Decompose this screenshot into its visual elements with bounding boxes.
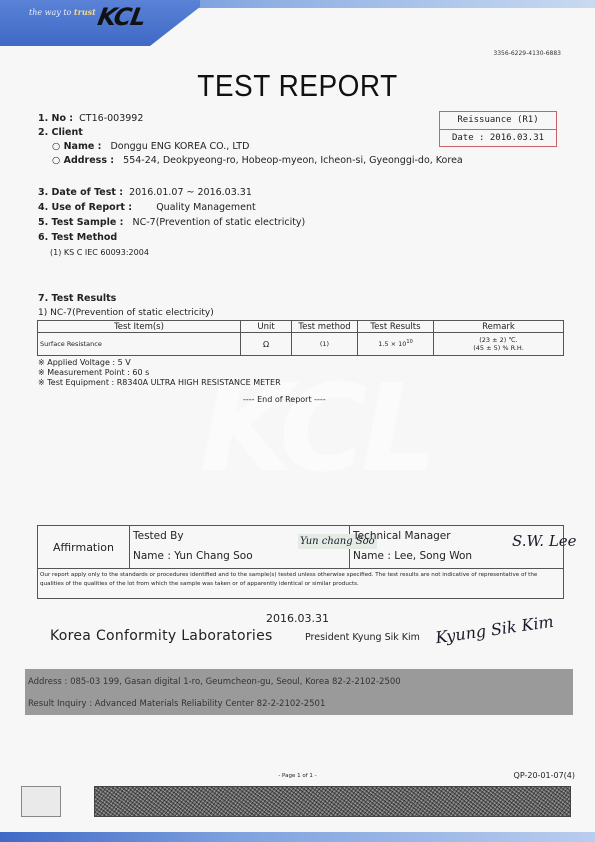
- reissue-date: Date : 2016.03.31: [440, 129, 556, 146]
- test-results-subtitle: 1) NC-7(Prevention of static electricity…: [38, 306, 214, 320]
- col-remark: Remark: [434, 321, 564, 333]
- col-test-method: Test method: [292, 321, 358, 333]
- results-table: Test Item(s) Unit Test method Test Resul…: [37, 320, 564, 356]
- manager-signature: S.W. Lee: [512, 532, 577, 550]
- form-code: QP-20-01-07(4): [514, 771, 575, 780]
- note-voltage: ※ Applied Voltage : 5 V: [38, 358, 281, 368]
- kcl-logo: KCL: [96, 3, 148, 31]
- tested-by-label: Tested By: [133, 530, 184, 542]
- security-pattern: [94, 786, 571, 817]
- note-measurement: ※ Measurement Point : 60 s: [38, 368, 281, 378]
- organization-name: Korea Conformity Laboratories: [50, 628, 273, 644]
- client-heading: 2. Client: [38, 126, 83, 140]
- cell-result: 1.5 × 1010: [358, 333, 434, 356]
- col-test-items: Test Item(s): [38, 321, 241, 333]
- use-of-report: 4. Use of Report : Quality Management: [38, 201, 256, 215]
- col-test-results: Test Results: [358, 321, 434, 333]
- technical-manager: Technical Manager Name : Lee, Song Won S…: [350, 526, 565, 569]
- col-unit: Unit: [241, 321, 292, 333]
- manager-label: Technical Manager: [353, 530, 451, 542]
- client-address: ○ Address : 554-24, Deokpyeong-ro, Hobeo…: [52, 154, 463, 168]
- result-inquiry: Result Inquiry : Advanced Materials Reli…: [28, 699, 325, 709]
- tested-by: Tested By Name : Yun Chang Soo Yun chang…: [130, 526, 350, 569]
- table-row: Surface Resistance Ω (1) 1.5 × 1010 (23 …: [38, 333, 564, 356]
- cell-unit: Ω: [241, 333, 292, 356]
- manager-name: Name : Lee, Song Won: [353, 550, 472, 562]
- reissue-box: Reissuance (R1) Date : 2016.03.31: [439, 111, 557, 147]
- page-number: - Page 1 of 1 -: [0, 773, 595, 779]
- note-equipment: ※ Test Equipment : R8340A ULTRA HIGH RES…: [38, 378, 281, 388]
- cell-remark: (23 ± 2) ℃. (45 ± 5) % R.H.: [434, 333, 564, 356]
- footer-banner: [0, 832, 595, 842]
- document-id: 3356-6229-4130-6883: [493, 50, 561, 57]
- end-of-report: ---- End of Report ----: [243, 395, 326, 404]
- address-band: Address : 085-03 199, Gasan digital 1-ro…: [25, 669, 573, 715]
- cell-item: Surface Resistance: [38, 333, 241, 356]
- test-method-heading: 6. Test Method: [38, 231, 117, 245]
- affirmation-box: Affirmation Tested By Name : Yun Chang S…: [37, 525, 564, 599]
- test-results-heading: 7. Test Results: [38, 292, 116, 306]
- table-header-row: Test Item(s) Unit Test method Test Resul…: [38, 321, 564, 333]
- report-number: 1. No : CT16-003992: [38, 112, 143, 126]
- lab-address: Address : 085-03 199, Gasan digital 1-ro…: [28, 677, 401, 687]
- date-of-test: 3. Date of Test : 2016.01.07 ~ 2016.03.3…: [38, 186, 252, 200]
- tested-by-name: Name : Yun Chang Soo: [133, 550, 253, 562]
- tagline: the way to trust: [29, 7, 96, 17]
- affirmation-label: Affirmation: [38, 526, 130, 569]
- page-title: TEST REPORT: [0, 68, 595, 103]
- client-name: ○ Name : Donggu ENG KOREA CO., LTD: [52, 140, 249, 154]
- disclaimer: Our report apply only to the standards o…: [40, 571, 560, 589]
- president: President Kyung Sik Kim: [305, 632, 420, 643]
- reissue-label: Reissuance (R1): [440, 112, 556, 129]
- test-notes: ※ Applied Voltage : 5 V ※ Measurement Po…: [38, 358, 281, 388]
- stamp-box: [21, 786, 61, 817]
- test-sample: 5. Test Sample : NC-7(Prevention of stat…: [38, 216, 305, 230]
- test-method-item: (1) KS C IEC 60093:2004: [50, 246, 149, 260]
- cell-method: (1): [292, 333, 358, 356]
